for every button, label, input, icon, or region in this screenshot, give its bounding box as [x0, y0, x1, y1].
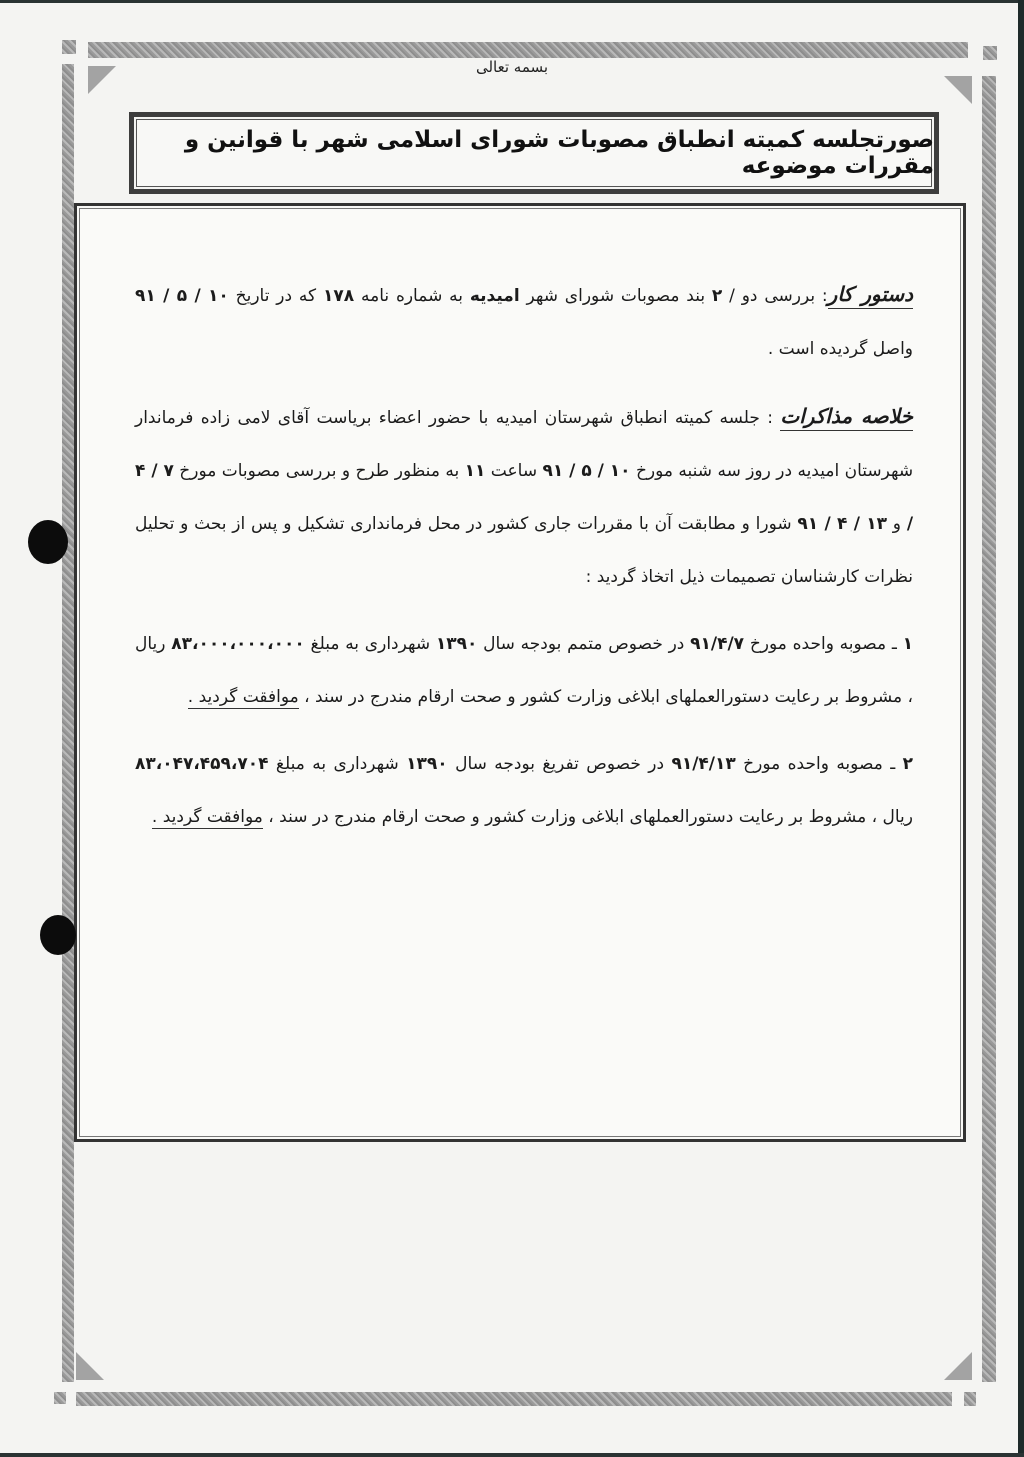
- corner-triangle-bottom-left: [76, 1352, 104, 1380]
- border-bottom-left-block: [54, 1392, 66, 1404]
- resolution-date-2: ۱۳ / ۴ / ۹۱: [797, 514, 887, 534]
- meeting-date: ۱۰ / ۵ / ۹۱: [542, 461, 630, 481]
- scan-edge-bottom: [0, 1453, 1024, 1457]
- border-top-left-block: [62, 40, 76, 54]
- item-decision: موافقت گردید .: [152, 807, 263, 829]
- item-year: ۱۳۹۰: [406, 754, 448, 774]
- border-top-bar: [88, 42, 968, 58]
- border-left-bar: [62, 64, 74, 1382]
- decision-item-2: ۲ ـ مصوبه واحده مورخ ۹۱/۴/۱۳ در خصوص تفر…: [135, 738, 913, 844]
- border-right-bar: [982, 76, 996, 1382]
- scan-edge-right: [1018, 0, 1024, 1457]
- document-title-box: صورتجلسه کمیته انطباق مصوبات شورای اسلام…: [129, 112, 939, 194]
- punch-hole-lower: [40, 915, 76, 955]
- item-date: ۹۱/۴/۷: [690, 634, 744, 654]
- item-year: ۱۳۹۰: [436, 634, 478, 654]
- summary-paragraph: خلاصه مذاکرات : جلسه کمیته انطباق شهرستا…: [135, 390, 913, 604]
- item-amount: ۸۳،۰۴۷،۴۵۹،۷۰۴: [135, 754, 269, 774]
- item-number: ۱: [903, 634, 913, 654]
- document-title: صورتجلسه کمیته انطباق مصوبات شورای اسلام…: [134, 127, 934, 179]
- invocation-heading: بسمه تعالی: [0, 58, 1024, 76]
- summary-label: خلاصه مذاکرات: [780, 404, 913, 431]
- item-number: ۲: [903, 754, 913, 774]
- punch-hole-upper: [28, 520, 68, 564]
- item-amount: ۸۳،۰۰۰،۰۰۰،۰۰۰: [171, 634, 305, 654]
- item-date: ۹۱/۴/۱۳: [671, 754, 735, 774]
- received-date: ۱۰ / ۵ / ۹۱: [135, 286, 229, 306]
- agenda-city: امیدیه: [470, 286, 520, 306]
- decision-item-1: ۱ ـ مصوبه واحده مورخ ۹۱/۴/۷ در خصوص متمم…: [135, 618, 913, 724]
- border-bottom-bar: [76, 1392, 952, 1406]
- scan-edge-top: [0, 0, 1024, 3]
- agenda-paragraph: دستور کار: بررسی دو / ۲ بند مصوبات شورای…: [135, 268, 913, 376]
- agenda-text: بررسی دو /: [729, 286, 815, 306]
- corner-triangle-top-right: [944, 76, 972, 104]
- document-body: دستور کار: بررسی دو / ۲ بند مصوبات شورای…: [135, 268, 913, 844]
- border-bottom-right-block: [964, 1392, 976, 1406]
- corner-triangle-bottom-right: [944, 1352, 972, 1380]
- agenda-label: دستور کار: [828, 282, 913, 309]
- meeting-hour: ۱۱: [465, 461, 486, 481]
- letter-number: ۱۷۸: [323, 286, 354, 306]
- item-decision: موافقت گردید .: [188, 687, 299, 709]
- agenda-count: ۲: [712, 286, 722, 306]
